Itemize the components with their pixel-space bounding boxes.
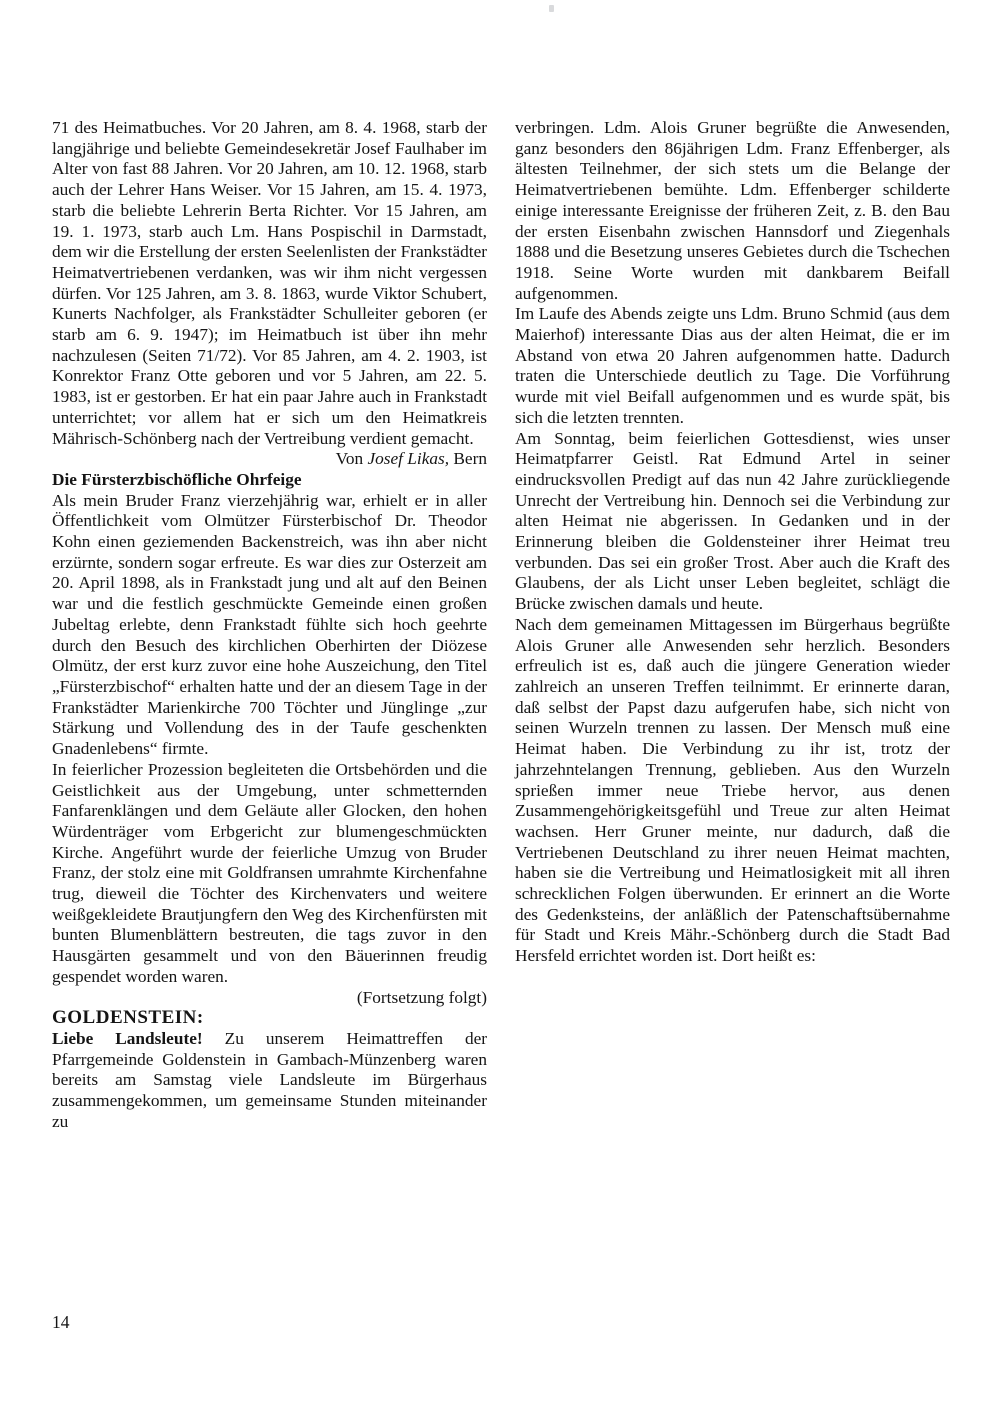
document-page: 71 des Heimatbuches. Vor 20 Jahren, am 8… <box>52 118 950 1132</box>
page-number: 14 <box>52 1312 70 1333</box>
byline-prefix: Von <box>336 449 368 468</box>
goldenstein-continuation-paragraph: verbringen. Ldm. Alois Gruner begrüßte d… <box>515 118 950 304</box>
section-heading-ohrfeige: Die Fürsterzbischöfliche Ohrfeige <box>52 470 487 491</box>
sunday-service-paragraph: Am Sonntag, beim feierlichen Gottesdiens… <box>515 429 950 615</box>
byline-author: Josef Likas, <box>367 449 449 468</box>
goldenstein-paragraph: Liebe Landsleute! Zu unserem Heimattreff… <box>52 1029 487 1133</box>
left-column: 71 des Heimatbuches. Vor 20 Jahren, am 8… <box>52 118 487 1132</box>
evening-slides-paragraph: Im Laufe des Abends zeigte uns Ldm. Brun… <box>515 304 950 428</box>
lunch-speech-paragraph: Nach dem gemeinamen Mittagessen im Bürge… <box>515 615 950 967</box>
right-column: verbringen. Ldm. Alois Gruner begrüßte d… <box>515 118 950 1132</box>
ohrfeige-paragraph-1: Als mein Bruder Franz vierzehjährig war,… <box>52 491 487 760</box>
byline-suffix: Bern <box>449 449 487 468</box>
scan-artifact <box>549 5 554 12</box>
two-column-layout: 71 des Heimatbuches. Vor 20 Jahren, am 8… <box>52 118 950 1132</box>
byline: Von Josef Likas, Bern <box>52 449 487 470</box>
goldenstein-salutation: Liebe Landsleute! <box>52 1029 203 1048</box>
obituaries-paragraph: 71 des Heimatbuches. Vor 20 Jahren, am 8… <box>52 118 487 449</box>
ohrfeige-paragraph-2: In feierlicher Prozession begleiteten di… <box>52 760 487 988</box>
continuation-note: (Fortsetzung folgt) <box>52 988 487 1009</box>
section-heading-goldenstein: GOLDENSTEIN: <box>52 1008 487 1029</box>
